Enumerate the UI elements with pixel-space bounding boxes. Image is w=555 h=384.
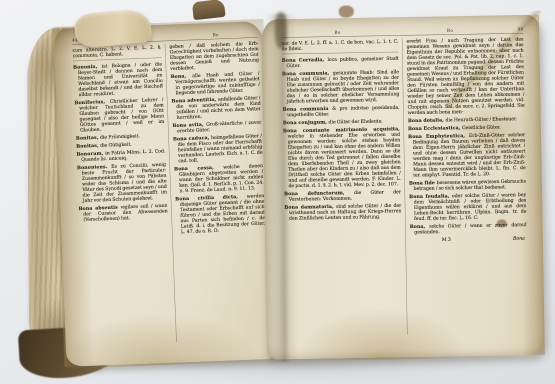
text-column: ererbt Frau / auch Tragung der Last des …: [402, 37, 529, 335]
entry-headword: Bona caduca,: [173, 135, 211, 142]
text-column: cum alterutro, L. 2. V. E. L. 2. §. comm…: [72, 44, 172, 345]
entry-headword: Bona fide: [409, 180, 437, 186]
left-page-columns: cum alterutro, L. 2. V. E. L. 2. §. comm…: [72, 41, 269, 346]
left-page: 44 Bo Bo cum alterutro, L. 2. V. E. L. 2…: [54, 21, 277, 367]
dictionary-entry: Bonorum, in Patria Möns. L. 2. Cod. Quan…: [76, 148, 165, 162]
photo-background: 44 Bo Bo cum alterutro, L. 2. V. E. L. 2…: [0, 0, 555, 384]
text-column: geben / daß solchem die Erb-Gerechtigkei…: [165, 41, 270, 342]
entry-headword: Bona Emphyteutica,: [408, 133, 469, 140]
entry-headword: Bona cessa,: [174, 165, 223, 172]
dictionary-entry: ererbt Frau / auch Tragung der Last des …: [406, 37, 524, 116]
entry-headword: Bona,: [410, 224, 430, 230]
entry-headword: Bonorum,: [76, 151, 105, 158]
antique-book: 44 Bo Bo cum alterutro, L. 2. V. E. L. 2…: [17, 0, 552, 380]
right-page-header: Bo Bo 99: [281, 27, 523, 38]
entry-headword: Bona civilia dicta,: [175, 194, 247, 202]
dictionary-entry: Bona communia & pro indiviso possidenda,…: [283, 105, 400, 118]
gutter-fold-dark: [275, 12, 287, 48]
entry-headword: Bona,: [170, 73, 192, 79]
right-page-columns: aar. de V. E. L. 2. ff. a. 1. C. de bon.…: [281, 37, 528, 337]
entry-headword: Bona constante matrimonio acquisita,: [283, 126, 400, 134]
dictionary-entry: Bonifacius, Christlicher Lehrer / welche…: [74, 97, 164, 133]
dictionary-entry: Bona, solche Güter / wann er zuvor darau…: [410, 222, 527, 235]
dictionary-entry: Bona, alle Haab und Güter / Vermögenscha…: [170, 71, 260, 96]
dictionary-entry: Bona avita, Groß-väterliche / zuvor erer…: [172, 120, 261, 134]
dictionary-entry: Bona conjugum, die Güter der Eheleute.: [283, 118, 400, 126]
dictionary-entry: Bona communia, gesammte Haab: Sind alle …: [282, 69, 400, 104]
entry-headword: Bona conjugum,: [283, 119, 329, 125]
dictionary-entry: cum alterutro, L. 2. V. E. L. 2. §. comm…: [72, 44, 161, 61]
column-entries: ererbt Frau / auch Tragung der Last des …: [406, 37, 526, 236]
dictionary-entry: Bona fide besessene wären gewissen Gebra…: [409, 179, 526, 192]
entry-headword: Bonitas,: [76, 143, 100, 149]
page-edge-stain: [339, 6, 354, 18]
dictionary-entry: Bona defunctorum, die Güter der Verstorb…: [284, 189, 401, 202]
dictionary-entry: Bona Ecclesiastica, Geistliche Güter.: [408, 124, 525, 132]
page-footer: M 3 Bona: [410, 236, 527, 244]
dictionary-entry: Bona absentis vigilare soll / wann der C…: [78, 203, 168, 223]
running-head: Bo: [394, 27, 507, 34]
damaged-spine-tab: [192, 0, 226, 20]
dictionary-entry: Bononiens. Es zu Concilii, wenig beste F…: [77, 162, 167, 204]
entry-headword: Bona Corradia,: [282, 57, 328, 63]
curled-page-edge: [73, 8, 152, 49]
entry-headword: Bonitas,: [76, 135, 100, 141]
entry-headword: Bona defunctorum,: [284, 190, 354, 197]
dictionary-entry: Bona dotalia, die Heurath-Güter / Eheste…: [408, 116, 525, 124]
dictionary-entry: aar. de V. E. L. 2. ff. a. 1. C. de bon.…: [281, 39, 398, 55]
dictionary-entry: Bona adventitia, anfallende Güter / die …: [171, 95, 261, 120]
left-page-text-block: 44 Bo Bo cum alterutro, L. 2. V. E. L. 2…: [72, 31, 270, 352]
dictionary-entry: Bona damnatoria, sind solche Güter / die…: [284, 203, 401, 222]
right-page: Bo Bo 99 aar. de V. E. L. 2. ff. a. 1. C…: [261, 15, 545, 360]
running-head: Bo: [173, 31, 258, 40]
right-page-number: 99: [506, 27, 523, 33]
dictionary-entry: Bona Corradia, loca publica, gemeiner St…: [282, 56, 399, 69]
entry-headword: Bona dotalia,: [408, 117, 446, 123]
entry-headword: Bona damnatoria,: [284, 204, 336, 210]
dictionary-entry: Bona cessa, welche denen Gläubigern abge…: [174, 163, 264, 194]
dictionary-entry: Bona civilia dicta, werden diejenige Güt…: [175, 193, 265, 235]
dictionary-entry: Bona caduca, heimgefallene Güter / die d…: [173, 133, 263, 164]
running-head: Bo: [281, 29, 394, 36]
entry-headword: Bona Ecclesiastica,: [408, 125, 462, 131]
entry-headword: Bononia,: [73, 64, 102, 71]
signature-mark: M 3: [442, 237, 451, 243]
entry-headword: Bona absentis: [78, 205, 120, 212]
catchword: Bona: [513, 236, 525, 242]
entry-headword: Bononiens.: [77, 164, 111, 171]
text-column: aar. de V. E. L. 2. ff. a. 1. C. de bon.…: [281, 39, 403, 337]
entry-headword: Bonifacius,: [74, 99, 110, 106]
dictionary-entry: Bona feudalia, oder solche Güter / waren…: [409, 192, 526, 222]
entry-headword: Bona communia: [283, 106, 333, 112]
dictionary-entry: Bononia, ist Bologna / oder die Beyer-St…: [73, 61, 163, 97]
dictionary-entry: geben / daß solchem die Erb-Gerechtigkei…: [169, 41, 259, 72]
dictionary-entry: Bona constante matrimonio acquisita, wel…: [283, 126, 401, 189]
entry-headword: Bona adventitia,: [171, 97, 218, 104]
right-page-text-block: Bo Bo 99 aar. de V. E. L. 2. ff. a. 1. C…: [281, 27, 528, 343]
entry-headword: Bona feudalia,: [409, 193, 452, 199]
dictionary-entry: Bona Emphyteutica, Erb-Zinß-Güter solche…: [408, 132, 526, 178]
entry-headword: Bona avita,: [172, 122, 206, 129]
entry-headword: Bona communia,: [282, 70, 333, 76]
